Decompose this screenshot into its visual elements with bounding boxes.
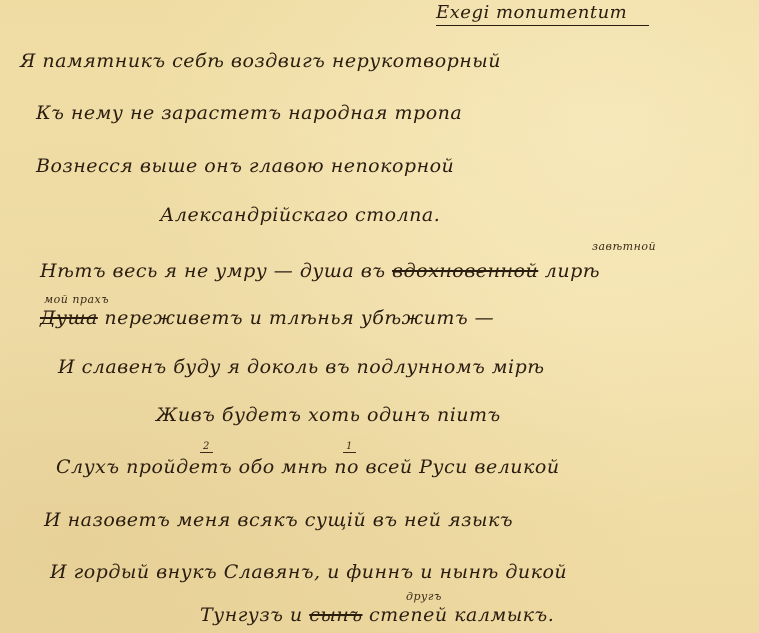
verse-line-12-suffix: степей калмыкъ.: [362, 604, 554, 626]
manuscript-page: Exegi monumentum Я памятникъ себѣ воздви…: [0, 0, 759, 633]
verse-line-7: И славенъ буду я доколь въ подлунномъ мі…: [58, 356, 545, 378]
verse-line-12: Тунгузъ и сынъ степей калмыкъ.: [200, 604, 554, 626]
verse-line-10: И назоветъ меня всякъ сущій въ ней языкъ: [44, 509, 513, 531]
verse-line-1: Я памятникъ себѣ воздвигъ нерукотворный: [20, 50, 501, 72]
verse-line-6-rest: переживетъ и тлѣнья убѣжитъ —: [98, 307, 494, 329]
verse-line-8: Живъ будетъ хоть одинъ піитъ: [156, 404, 501, 426]
struck-word: Душа: [40, 307, 98, 329]
verse-line-5-suffix: лирѣ: [538, 260, 600, 282]
verse-line-11: И гордый внукъ Славянъ, и финнъ и нынѣ д…: [50, 561, 567, 583]
verse-line-9: Слухъ пройдетъ обо мнѣ по всей Руси вели…: [56, 456, 560, 478]
word-order-mark-2: 2: [200, 441, 213, 453]
insertion-line-5: завѣтной: [592, 240, 656, 253]
verse-line-6: Душа переживетъ и тлѣнья убѣжитъ —: [40, 307, 494, 329]
verse-line-5: Нѣтъ весь я не умру — душа въ вдохновенн…: [40, 260, 600, 282]
page-title: Exegi monumentum: [436, 2, 649, 26]
struck-word: вдохновенной: [392, 260, 538, 282]
verse-line-3: Вознесся выше онъ главою непокорной: [36, 155, 454, 177]
word-order-mark-1: 1: [343, 441, 356, 453]
insertion-line-12: другъ: [406, 590, 442, 603]
insertion-line-6: мой прахъ: [44, 293, 109, 306]
verse-line-12-prefix: Тунгузъ и: [200, 604, 309, 626]
struck-word: сынъ: [309, 604, 362, 626]
verse-line-5-prefix: Нѣтъ весь я не умру — душа въ: [40, 260, 392, 282]
verse-line-2: Къ нему не зарастетъ народная тропа: [36, 102, 462, 124]
verse-line-4: Александрійскаго столпа.: [160, 204, 440, 226]
